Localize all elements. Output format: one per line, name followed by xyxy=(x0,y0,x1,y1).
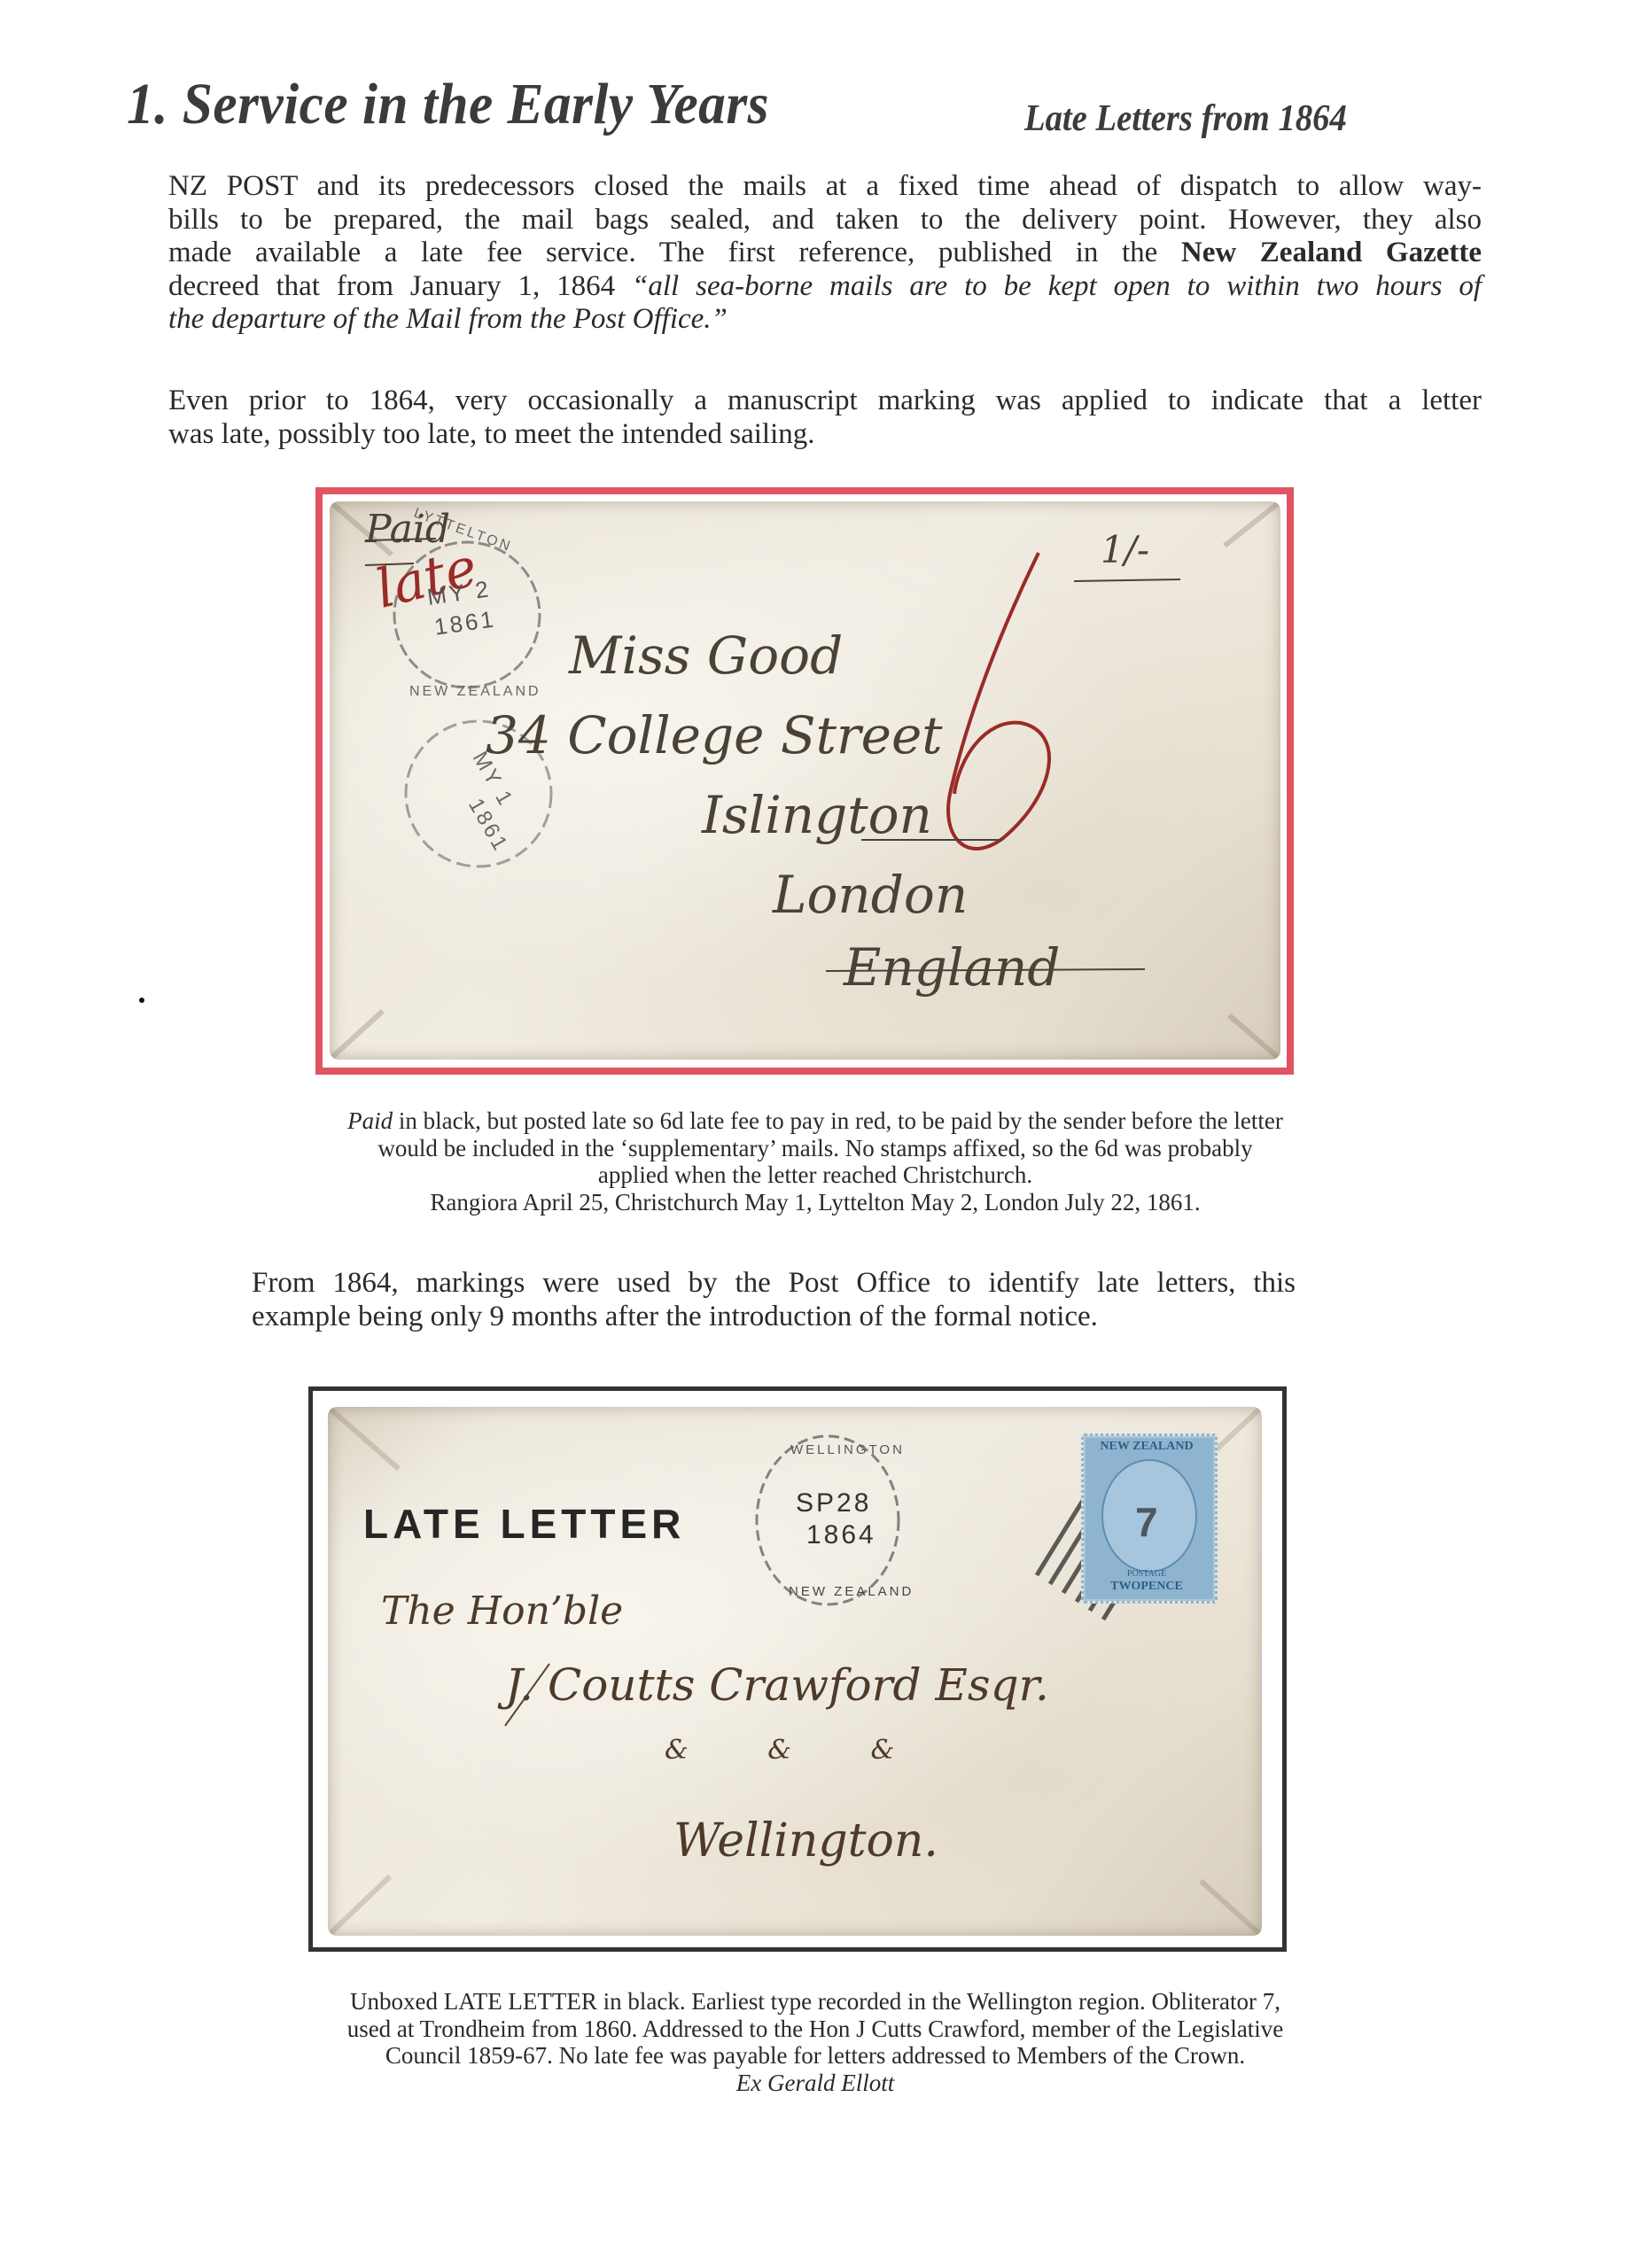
cover-2-frame: NEW ZEALAND POSTAGE TWOPENCE 7 LATE LETT… xyxy=(308,1386,1287,1952)
caption-line: Paid in black, but posted late so 6d lat… xyxy=(177,1107,1453,1135)
address-line: 34 College Street xyxy=(486,705,943,765)
postmark-wellington-country: NEW ZEALAND xyxy=(789,1584,914,1599)
cover-1-envelope: Paid late 1/- MY 2 1861 LYTTELTON NEW ZE… xyxy=(330,501,1280,1060)
intro-text: made available a late fee service. The f… xyxy=(168,237,1181,268)
caption-line: Council 1859-67. No late fee was payable… xyxy=(177,2042,1453,2070)
prior-line: was late, possibly too late, to meet the… xyxy=(168,418,1482,452)
intro-line: NZ POST and its predecessors closed the … xyxy=(168,170,1482,204)
intro-line: the departure of the Mail from the Post … xyxy=(168,303,1482,337)
address-line: London xyxy=(773,865,968,925)
postmark-wellington-date: SP28 xyxy=(796,1488,871,1518)
provenance-text: Ex Gerald Ellott xyxy=(736,2070,894,2096)
provenance: Ex Gerald Ellott xyxy=(177,2070,1453,2097)
intro-line: decreed that from January 1, 1864 “all s… xyxy=(168,270,1482,304)
late-letter-handstamp: LATE LETTER xyxy=(363,1500,685,1548)
caption-line: Unboxed LATE LETTER in black. Earliest t… xyxy=(177,1988,1453,2016)
cover-2-envelope: NEW ZEALAND POSTAGE TWOPENCE 7 LATE LETT… xyxy=(328,1407,1262,1936)
page-subtitle: Late Letters from 1864 xyxy=(1024,97,1347,140)
caption-line: Rangiora April 25, Christchurch May 1, L… xyxy=(177,1189,1453,1216)
address-line: Islington xyxy=(702,785,932,845)
postmark-wellington-town: WELLINGTON xyxy=(790,1442,905,1457)
address-line: J. Coutts Crawford Esqr. xyxy=(505,1659,1049,1711)
stamp-postage: POSTAGE xyxy=(1089,1569,1204,1579)
gazette-reference: New Zealand Gazette xyxy=(1181,237,1482,268)
cover-2-caption: Unboxed LATE LETTER in black. Earliest t… xyxy=(177,1988,1453,2096)
prior-paragraph: Even prior to 1864, very occasionally a … xyxy=(168,384,1482,451)
intro-line: made available a late fee service. The f… xyxy=(168,237,1482,270)
caption-line: used at Trondheim from 1860. Addressed t… xyxy=(177,2016,1453,2043)
ink-speck xyxy=(139,998,144,1003)
address-line: Miss Good xyxy=(569,625,843,686)
address-line: The Hon’ble xyxy=(381,1588,623,1634)
page-title: 1. Service in the Early Years xyxy=(127,71,769,138)
cover-1-frame: Paid late 1/- MY 2 1861 LYTTELTON NEW ZE… xyxy=(315,487,1294,1075)
stamp-country: NEW ZEALAND xyxy=(1089,1440,1204,1454)
from-1864-line: From 1864, markings were used by the Pos… xyxy=(252,1267,1296,1301)
obliterator-number: 7 xyxy=(1135,1498,1158,1546)
postmark-lyttelton-country: NEW ZEALAND xyxy=(409,684,541,700)
address-line: & & & xyxy=(665,1735,930,1766)
stamp-value: TWOPENCE xyxy=(1089,1580,1204,1594)
caption-text: in black, but posted late so 6d late fee… xyxy=(393,1107,1283,1134)
caption-line: would be included in the ‘supplementary’… xyxy=(177,1135,1453,1162)
prior-line: Even prior to 1864, very occasionally a … xyxy=(168,384,1482,418)
from-1864-paragraph: From 1864, markings were used by the Pos… xyxy=(252,1267,1296,1333)
intro-paragraph: NZ POST and its predecessors closed the … xyxy=(168,170,1482,337)
caption-line: applied when the letter reached Christch… xyxy=(177,1161,1453,1189)
from-1864-line: example being only 9 months after the in… xyxy=(252,1301,1296,1334)
address-line: England xyxy=(844,937,1060,998)
rate-mark: 1/- xyxy=(1101,528,1149,571)
postage-stamp-twopence: NEW ZEALAND POSTAGE TWOPENCE 7 xyxy=(1081,1433,1218,1604)
gazette-quote: the departure of the Mail from the Post … xyxy=(168,303,728,335)
address-line: Wellington. xyxy=(673,1814,938,1868)
caption-paid: Paid xyxy=(347,1107,393,1134)
cover-1-caption: Paid in black, but posted late so 6d lat… xyxy=(177,1107,1453,1216)
postmark-wellington-year: 1864 xyxy=(806,1520,876,1550)
intro-line: bills to be prepared, the mail bags seal… xyxy=(168,204,1482,237)
intro-text: decreed that from January 1, 1864 xyxy=(168,270,632,302)
gazette-quote: “all sea-borne mails are to be kept open… xyxy=(632,270,1482,302)
